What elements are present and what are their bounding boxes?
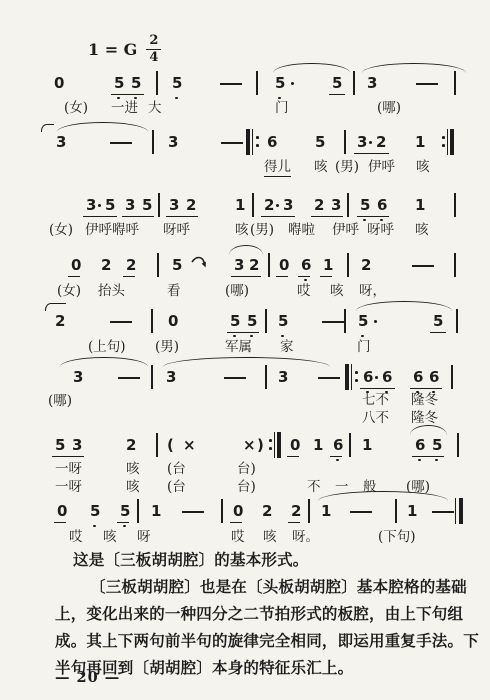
note-glyph: 2 [249,256,259,274]
note-glyph: 5 [315,133,325,151]
barline [268,253,270,277]
lyric-text: 一进 [111,100,138,116]
lyric-text: (哪) [225,283,249,299]
note-glyph: 5 [247,312,257,330]
text-line: 成。其上下两句前半句的旋律完全相同，即运用重复手法。下 [55,629,479,651]
lyric-text: 咳 [314,159,328,175]
lyric-text: 门 [357,339,371,355]
note-glyph: 1 [235,196,245,214]
note-glyph: 5 [55,436,65,454]
repeat-open-sign [345,364,359,390]
slur-arc [273,63,350,73]
duration-dash [182,511,204,513]
slur-arc [163,357,330,367]
barline [265,309,267,333]
low-octave-dot [233,335,236,338]
eighth-beam [83,216,117,218]
barline [454,253,456,277]
eighth-beam [68,276,80,278]
low-octave-dot [93,525,96,528]
note-glyph: 6 [333,436,343,454]
eighth-beam [117,522,129,524]
eighth-beam [261,216,295,218]
page-number: — 20 — [55,669,120,686]
lyric-text: 不 [307,479,321,495]
note-glyph: 3 [234,256,244,274]
barline [457,433,459,457]
barline [265,365,267,389]
note-glyph: 1 [407,502,417,520]
lyric-text: 得儿 [264,159,291,177]
lyric-text: (女) [64,100,88,116]
low-octave-dot [123,525,126,528]
lyric-text: 军属 [225,339,252,355]
lyric-text: 哎 [69,529,83,545]
barline [353,71,355,95]
low-octave-dot [175,97,178,100]
note-glyph: 5 [120,502,130,520]
note-glyph: 1 [362,436,372,454]
lyric-text: 咳 [126,461,140,477]
note-glyph: 1 [313,436,323,454]
note-glyph: 3 [169,196,179,214]
barline [347,253,349,277]
lyric-text: 隆冬 [411,392,438,408]
duration-dash [220,83,242,85]
note-glyph: 3 [72,436,82,454]
duration-dash [432,511,454,513]
augmentation-dot [291,82,294,85]
text-line: 上，变化出来的一种四分之二节拍形式的板腔，由上下句组 [55,602,463,624]
time-signature-numerator: 2 [146,34,161,50]
note-glyph: 2 [314,196,324,214]
duration-dash [118,377,140,379]
note-glyph: 6 [429,368,439,386]
lyric-text: 呀呼 [163,222,190,238]
lyric-text: 咳 [416,159,430,175]
duration-dash [416,83,438,85]
slur-arc [356,301,452,311]
key-signature: 1 = G [88,40,137,59]
eighth-beam [227,332,259,334]
note-glyph: 2 [361,256,371,274]
lyric-text: 咳 [235,222,249,238]
eighth-beam [357,216,389,218]
lyric-text: (男) [335,159,359,175]
eighth-beam [360,388,395,390]
eighth-beam [123,276,135,278]
eighth-beam [287,456,299,458]
note-glyph: 1 [415,133,425,151]
eighth-beam [354,153,389,155]
eighth-beam [288,522,300,524]
eighth-beam [412,456,444,458]
lyric-text: 八不 [362,410,389,426]
slur-arc [60,357,148,367]
lyric-text: 咳 [263,529,277,545]
barline [158,193,160,217]
note-glyph: 6 [363,368,373,386]
barline [395,499,397,523]
lyric-text: 一呀 [55,461,82,477]
lyric-text: 哎 [297,283,311,299]
low-octave-dot [361,335,364,338]
eighth-beam [54,522,66,524]
lyric-text: 大 [148,100,162,116]
slur-arc [362,63,466,73]
note-glyph: 3 [357,133,367,151]
time-signature: 2 4 [146,34,161,65]
note-glyph: 0 [279,256,289,274]
note-glyph: 5 [360,196,370,214]
barline [151,309,153,333]
barline [256,71,258,95]
duration-dash [224,377,246,379]
note-glyph: 5 [433,312,443,330]
barline [252,193,254,217]
slur-arc [410,425,447,435]
lyric-text: 家 [280,339,294,355]
note-glyph: 6 [413,368,423,386]
note-glyph: 0 [54,74,64,92]
lyric-text: (女) [49,222,73,238]
duration-dash [322,321,344,323]
note-glyph: 2 [101,256,111,274]
text-line: 这是〔三板胡胡腔〕的基本形式。 [73,548,309,570]
note-glyph: 1 [321,502,331,520]
duration-dash [350,511,372,513]
note-glyph: × [183,436,196,454]
note-glyph: 0 [71,256,81,274]
augmentation-dot [375,376,378,379]
note-glyph: 0 [290,436,300,454]
note-glyph: 0 [168,312,178,330]
eighth-beam [311,216,343,218]
augmentation-dot [369,141,372,144]
low-octave-dot [336,459,339,462]
eighth-beam [320,276,332,278]
augmentation-dot [98,204,101,207]
slur-arc [229,245,263,255]
barline [151,365,153,389]
lyric-text: 咳 [103,529,117,545]
final-barline [455,498,465,524]
lyric-text: (哪) [377,100,401,116]
note-glyph: 3 [331,196,341,214]
note-glyph: 5 [358,312,368,330]
duration-dash [110,321,132,323]
note-glyph: 3 [73,368,83,386]
barline [156,433,158,457]
note-glyph: 5 [172,74,182,92]
note-glyph: 3 [278,368,288,386]
note-glyph: × [243,436,256,454]
lyric-text: 一呀 [55,479,82,495]
lyric-text: (台 [167,461,186,477]
lyric-text: (上句) [88,339,126,355]
lyric-text: 隆冬 [411,410,438,426]
eighth-beam [298,276,310,278]
barline [137,499,139,523]
note-glyph: 2 [264,196,274,214]
lyric-text: 看 [167,283,181,299]
barline [156,71,158,95]
key-and-meter-signature: 1 = G 2 4 [88,34,161,65]
note-glyph: 3 [166,368,176,386]
eighth-beam [330,456,342,458]
lyric-text: 抬头 [98,283,125,299]
augmentation-dot [374,320,377,323]
repeat-open-sign [246,129,260,155]
eighth-beam [231,276,261,278]
barline [344,309,346,333]
eighth-beam [166,216,198,218]
note-glyph: 3 [125,196,135,214]
note-glyph: 2 [186,196,196,214]
note-glyph: 6 [301,256,311,274]
lyric-text: 咳 [330,283,344,299]
barline [349,433,351,457]
note-glyph: 1 [415,196,425,214]
barline [451,365,453,389]
eighth-beam [430,332,446,334]
barline [454,71,456,95]
low-octave-dot [281,335,284,338]
note-glyph: 2 [262,502,272,520]
low-octave-dot [134,97,137,100]
note-glyph: 0 [233,502,243,520]
note-glyph: 5 [230,312,240,330]
lyric-text: 伊呼嘚呼 [85,222,139,238]
note-glyph: 2 [291,502,301,520]
lyric-text: 呀， [359,283,386,299]
note-glyph: 5 [131,74,141,92]
duration-dash [412,265,434,267]
lyric-text: (台 [167,479,186,495]
slide-down-arrow-icon [191,254,209,275]
note-glyph: 6 [267,133,277,151]
lyric-text: (哪) [48,393,72,409]
lyric-text: 七不 [362,392,389,408]
note-glyph: 5 [105,196,115,214]
repeat-close-sign [442,129,456,155]
eighth-beam [230,522,242,524]
lyric-text: (下句) [378,529,416,545]
lyric-text: 台) [237,479,256,495]
note-glyph: 3 [56,133,66,151]
eighth-beam [111,94,144,96]
eighth-beam [410,388,442,390]
low-octave-dot [250,335,253,338]
augmentation-dot [276,204,279,207]
low-octave-dot [418,459,421,462]
lyric-text: (女) [57,283,81,299]
low-octave-dot [435,459,438,462]
lyric-text: 嘚啦 [288,222,315,238]
eighth-beam [122,216,154,218]
lyric-text: 伊呼 [332,222,359,238]
eighth-beam [52,456,84,458]
note-glyph: 3 [367,74,377,92]
note-glyph: 5 [278,312,288,330]
note-glyph: 5 [172,256,182,274]
lyric-text: 哎 [231,529,245,545]
text-line: 〔三板胡胡腔〕也是在〔头板胡胡腔〕基本腔格的基础 [90,575,467,597]
lyric-text: 呀呼 [367,222,394,238]
barline [344,130,346,154]
low-octave-dot [304,279,307,282]
duration-dash [318,377,340,379]
note-glyph: 5 [332,74,342,92]
eighth-beam [329,94,345,96]
note-glyph: 2 [55,312,65,330]
barline [308,499,310,523]
note-glyph: 6 [415,436,425,454]
note-glyph: 5 [275,74,285,92]
lyric-text: 呀。 [292,529,319,545]
book-page: 1 = G 2 4 0555553(女)一进大门(哪)3365321得儿咳(男)… [0,0,490,700]
barline [152,130,154,154]
note-glyph: 3 [283,196,293,214]
duration-dash [221,142,243,144]
lyric-text: 门 [275,100,289,116]
note-glyph: 1 [151,502,161,520]
note-glyph: 5 [90,502,100,520]
low-octave-dot [363,219,366,222]
time-signature-denominator: 4 [146,50,161,65]
note-glyph: 5 [432,436,442,454]
lyric-text: 呀 [137,529,151,545]
lyric-text: 台) [237,461,256,477]
note-glyph: ( [167,436,174,454]
lyric-text: 咳 [126,479,140,495]
low-octave-dot [117,97,120,100]
barline [456,309,458,333]
tie-continuation-hook [45,303,66,311]
repeat-close-sign [269,432,283,458]
eighth-beam [276,276,288,278]
note-glyph: 0 [57,502,67,520]
barline [157,253,159,277]
barline [454,193,456,217]
note-glyph: 6 [377,196,387,214]
tie-continuation-hook [41,124,54,132]
note-glyph: 5 [142,196,152,214]
note-glyph: 5 [114,74,124,92]
lyric-text: 伊呼 [368,159,395,175]
lyric-text: (男) [155,339,179,355]
slur-arc [57,122,148,132]
low-octave-dot [380,219,383,222]
barline [221,499,223,523]
lyric-text: 咳 [415,222,429,238]
barline [347,193,349,217]
note-glyph: 2 [126,436,136,454]
duration-dash [110,142,132,144]
note-glyph: 2 [126,256,136,274]
note-glyph: 3 [168,133,178,151]
lyric-text: (男) [250,222,274,238]
note-glyph: 2 [376,133,386,151]
low-octave-dot [278,97,281,100]
note-glyph: ) [257,436,264,454]
note-glyph: 6 [382,368,392,386]
note-glyph: 1 [323,256,333,274]
note-glyph: 3 [86,196,96,214]
